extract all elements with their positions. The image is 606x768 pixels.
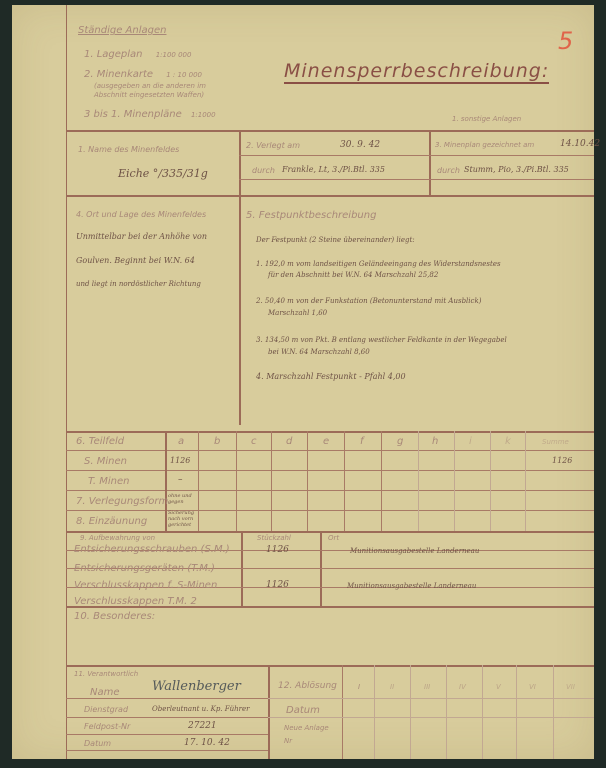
col-c: c bbox=[251, 436, 257, 447]
rule bbox=[381, 431, 382, 531]
rule bbox=[239, 179, 594, 180]
ablosung-col-7: VII bbox=[566, 683, 575, 691]
rule bbox=[66, 510, 594, 511]
minenplan-gezeichnet-date: 14.10.42 bbox=[560, 139, 600, 149]
entsicherungsschrauben-place: Munitionsausgabestelle Landerneau bbox=[350, 547, 479, 555]
section5-label: 5. Festpunktbeschreibung bbox=[246, 210, 376, 221]
ablosung-col-5: V bbox=[496, 683, 501, 691]
section1-label: 1. Name des Minenfeldes bbox=[78, 145, 179, 154]
rule bbox=[66, 665, 594, 667]
rule bbox=[66, 531, 594, 533]
col-g: g bbox=[397, 436, 403, 447]
stuckzahl-header: Stückzahl bbox=[257, 534, 291, 542]
datum-value: 17. 10. 42 bbox=[184, 738, 230, 748]
rule bbox=[342, 665, 343, 759]
rule bbox=[268, 717, 594, 718]
rule bbox=[268, 665, 270, 759]
signature: Wallenberger bbox=[152, 679, 241, 694]
minenkarte-note-1: (ausgegeben an die anderen im bbox=[94, 82, 206, 90]
minefield-name: Eiche °/335/31g bbox=[118, 167, 208, 180]
festpunkt-3-text: 134,50 m von Pkt. B entlang westlicher F… bbox=[265, 336, 507, 344]
ort-header: Ort bbox=[328, 534, 339, 542]
rule bbox=[66, 490, 594, 491]
section4-line-3: und liegt in nordöstlicher Richtung bbox=[76, 280, 201, 288]
lageplan-scale: 1:100 000 bbox=[156, 51, 192, 59]
entsicherungsschrauben-label: Entsicherungsschrauben (S.M.) bbox=[74, 544, 230, 555]
col-b: b bbox=[214, 436, 220, 447]
verlegt-durch-value: Frankle, Lt, 3./Pi.Btl. 335 bbox=[282, 165, 385, 174]
ablosung-col-3: III bbox=[424, 683, 430, 691]
rule bbox=[490, 431, 491, 531]
col-a: a bbox=[178, 436, 184, 447]
verschlusskappen-s-label: Verschlusskappen f. S-Minen bbox=[74, 580, 217, 591]
margin-line bbox=[66, 5, 67, 759]
rule bbox=[516, 665, 517, 759]
rule bbox=[271, 431, 272, 531]
festpunkt-3-num: 3. bbox=[256, 336, 263, 344]
verschlusskappen-t-label: Verschlusskappen T.M. 2 bbox=[74, 596, 197, 607]
section4-line-1: Unmittelbar bei der Anhöhe von bbox=[76, 232, 207, 241]
festpunkt-2-text: 50,40 m von der Funkstation (Betonunters… bbox=[265, 297, 482, 305]
ablosung-col-4: IV bbox=[459, 683, 466, 691]
nr-label: Nr bbox=[284, 737, 292, 745]
rule bbox=[482, 665, 483, 759]
col-f: f bbox=[360, 436, 364, 447]
festpunkt-1-text2: für den Abschnitt bei W.N. 64 Marschzahl… bbox=[268, 271, 438, 279]
ablosung-col-2: II bbox=[390, 683, 394, 691]
rule bbox=[66, 717, 268, 718]
aufbewahrung-label: 9. Aufbewahrung von bbox=[80, 534, 155, 542]
document-title: Minensperrbeschreibung: bbox=[284, 60, 549, 84]
besonderes-label: 10. Besonderes: bbox=[74, 611, 155, 622]
festpunkt-4: 4. Marschzahl Festpunkt - Pfahl 4,00 bbox=[256, 372, 406, 381]
entsicherungsgeraten-label: Entsicherungsgeräten (T.M.) bbox=[74, 563, 215, 574]
rule bbox=[198, 431, 199, 531]
festpunkt-4-text: Marschzahl Festpunkt - Pfahl 4,00 bbox=[266, 372, 405, 381]
rule bbox=[307, 431, 308, 531]
feldpost-value: 27221 bbox=[188, 721, 217, 731]
name-label: Name bbox=[90, 687, 120, 698]
festpunkt-1-num: 1. bbox=[256, 260, 263, 268]
t-minen-label: T. Minen bbox=[88, 476, 130, 487]
rule bbox=[418, 431, 419, 531]
rule bbox=[374, 665, 375, 759]
feldpost-label: Feldpost-Nr bbox=[84, 722, 130, 731]
minenplan-gezeichnet-label: 3. Minenplan gezeichnet am bbox=[435, 141, 534, 149]
rule bbox=[446, 665, 447, 759]
minenkarte-label: 2. Minenkarte bbox=[84, 69, 153, 80]
section4-line-2: Goulven. Beginnt bei W.N. 64 bbox=[76, 256, 195, 265]
verlegt-am-date: 30. 9. 42 bbox=[340, 140, 380, 150]
einzaunung-a-value: Sicherung nach vorn gerichtet bbox=[168, 510, 196, 528]
rule bbox=[525, 431, 526, 531]
rule bbox=[268, 698, 594, 699]
col-d: d bbox=[286, 436, 292, 447]
minenplane-scale: 1:1000 bbox=[191, 111, 216, 119]
rule bbox=[410, 665, 411, 759]
dienstgrad-label: Dienstgrad bbox=[84, 705, 128, 714]
festpunkt-2: 2. 50,40 m von der Funkstation (Betonunt… bbox=[256, 297, 481, 305]
rule bbox=[239, 155, 594, 156]
rule bbox=[239, 130, 241, 195]
festpunkt-4-num: 4. bbox=[256, 372, 264, 381]
section5-intro: Der Festpunkt (2 Steine übereinander) li… bbox=[256, 236, 415, 244]
header-item-minenplane: 3 bis 1. Minenpläne 1:1000 bbox=[84, 109, 216, 120]
col-h: h bbox=[432, 436, 438, 447]
ablosung-label: 12. Ablösung bbox=[278, 681, 337, 691]
verlegt-durch-label: durch bbox=[252, 166, 275, 175]
entsicherungsschrauben-count: 1126 bbox=[266, 545, 289, 555]
gezeichnet-durch-label: durch bbox=[437, 166, 460, 175]
minenkarte-scale: 1 : 10 000 bbox=[166, 71, 202, 79]
ablosung-col-6: VI bbox=[529, 683, 536, 691]
festpunkt-1-text: 192,0 m vom landseitigen Geländeeingang … bbox=[265, 260, 501, 268]
col-i: i bbox=[469, 436, 472, 447]
rule bbox=[66, 431, 594, 433]
einzaunung-label: 8. Einzäunung bbox=[76, 516, 147, 527]
verschlusskappen-s-place: Munitionsausgabestelle Landerneau bbox=[347, 582, 476, 590]
rule bbox=[66, 734, 268, 735]
festpunkt-2-text2: Marschzahl 1,60 bbox=[268, 309, 327, 317]
rule bbox=[165, 431, 167, 531]
datum-label: Datum bbox=[84, 739, 111, 748]
s-minen-summe-value: 1126 bbox=[552, 456, 572, 465]
verlegt-am-label: 2. Verlegt am bbox=[246, 141, 300, 150]
verantwortlich-label: 11. Verantwortlich bbox=[74, 670, 138, 678]
rule bbox=[66, 130, 594, 132]
rule bbox=[236, 431, 237, 531]
s-minen-label: S. Minen bbox=[84, 456, 127, 467]
festpunkt-1: 1. 192,0 m vom landseitigen Geländeeinga… bbox=[256, 260, 501, 268]
ablosung-col-1: I bbox=[358, 683, 360, 691]
rule bbox=[66, 470, 594, 471]
section4-label: 4. Ort und Lage des Minenfeldes bbox=[76, 210, 206, 219]
verlegungsform-label: 7. Verlegungsform bbox=[76, 496, 168, 507]
rule bbox=[344, 431, 345, 531]
festpunkt-3-text2: bei W.N. 64 Marschzahl 8,60 bbox=[268, 348, 370, 356]
sonstige-anlagen: 1. sonstige Anlagen bbox=[452, 115, 521, 123]
rule bbox=[239, 195, 241, 425]
col-summe: Summe bbox=[542, 438, 569, 446]
rule bbox=[66, 698, 268, 699]
festpunkt-3: 3. 134,50 m von Pkt. B entlang westliche… bbox=[256, 336, 507, 344]
minenkarte-note-2: Abschnitt eingesetzten Waffen) bbox=[94, 91, 204, 99]
rule bbox=[553, 665, 554, 759]
document-page: 5 Ständige Anlagen 1. Lageplan 1:100 000… bbox=[12, 5, 594, 759]
teilfeld-label: 6. Teilfeld bbox=[76, 436, 124, 447]
t-minen-a-value: – bbox=[178, 475, 183, 485]
col-e: e bbox=[323, 436, 329, 447]
header-item-lageplan: 1. Lageplan 1:100 000 bbox=[84, 49, 191, 60]
s-minen-a-value: 1126 bbox=[170, 456, 190, 465]
standige-anlagen-heading: Ständige Anlagen bbox=[78, 25, 166, 36]
verschlusskappen-s-count: 1126 bbox=[266, 580, 289, 590]
lageplan-label: 1. Lageplan bbox=[84, 49, 143, 60]
col-k: k bbox=[505, 436, 511, 447]
header-item-minenkarte: 2. Minenkarte 1 : 10 000 bbox=[84, 69, 202, 80]
rule bbox=[66, 195, 594, 197]
dienstgrad-value: Oberleutnant u. Kp. Führer bbox=[152, 705, 249, 713]
rule bbox=[66, 450, 594, 451]
ablosung-datum-label: Datum bbox=[286, 705, 320, 716]
minenplane-label: 3 bis 1. Minenpläne bbox=[84, 109, 182, 120]
festpunkt-2-num: 2. bbox=[256, 297, 263, 305]
gezeichnet-durch-value: Stumm, Pio, 3./Pi.Btl. 335 bbox=[464, 165, 569, 174]
page-number: 5 bbox=[558, 27, 573, 55]
neue-anlage-label: Neue Anlage bbox=[284, 724, 329, 732]
rule bbox=[66, 750, 268, 751]
rule bbox=[454, 431, 455, 531]
rule bbox=[429, 130, 431, 195]
verlegungsform-a-value: ohne und gegen bbox=[168, 493, 196, 505]
